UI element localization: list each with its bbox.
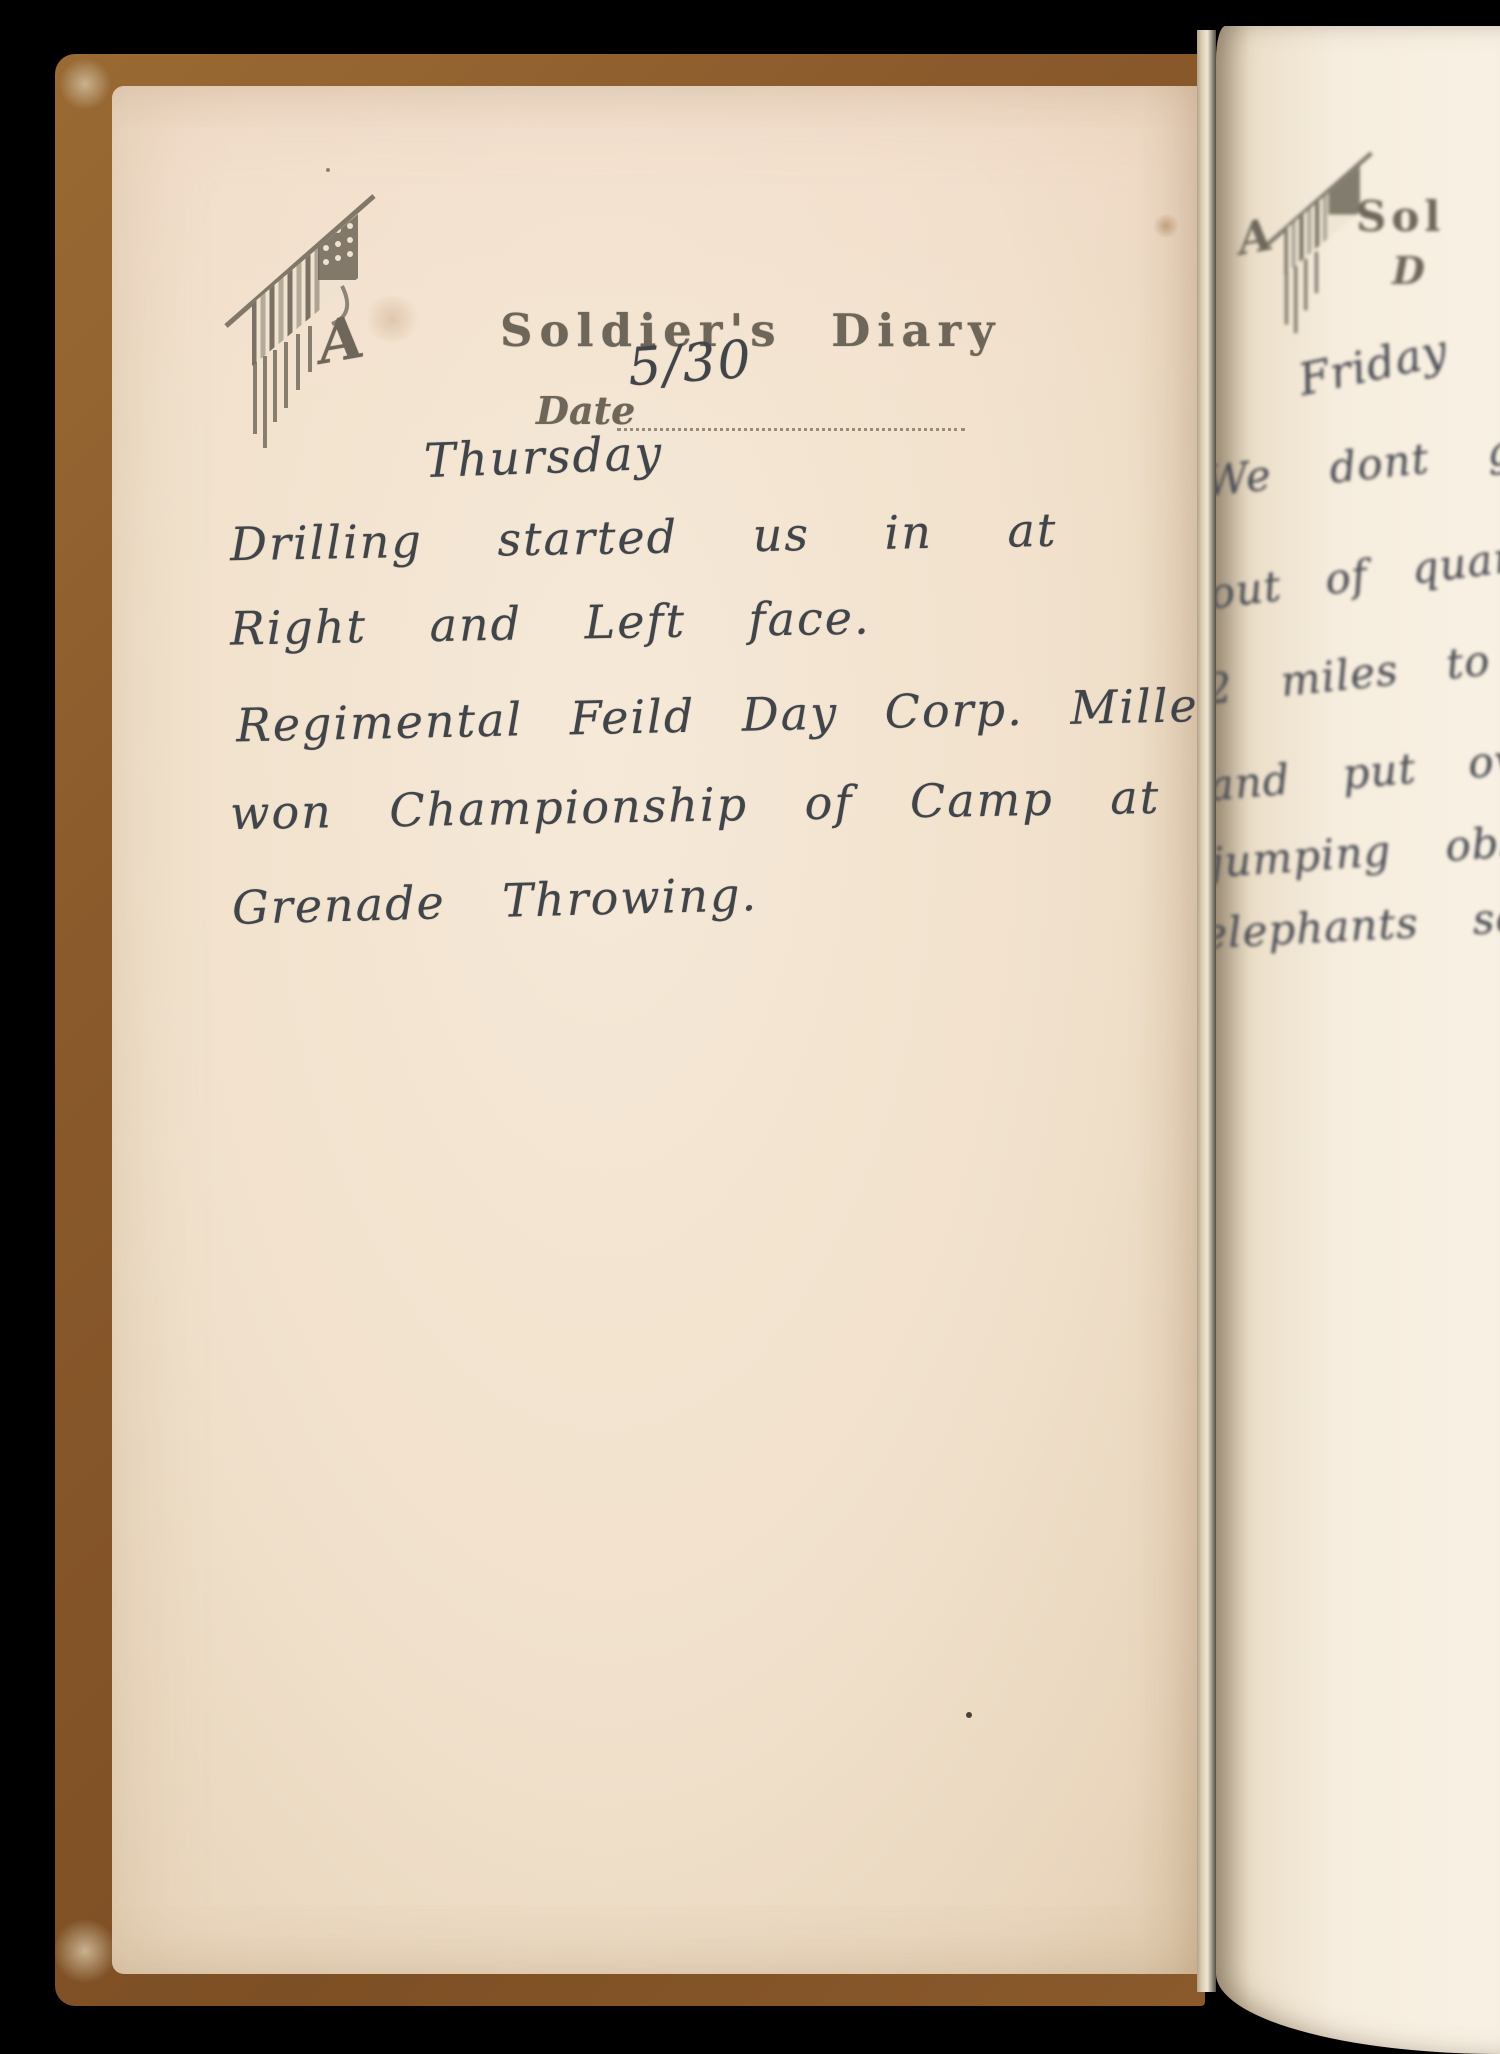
- handwriting-line: 2 miles to the: [1216, 627, 1500, 711]
- american-flag-icon: [1260, 146, 1380, 346]
- left-page: A: [112, 86, 1205, 1974]
- paper-speck: [966, 1712, 972, 1718]
- date-underline: [617, 394, 965, 431]
- diary-photo: A: [0, 0, 1500, 2054]
- paper-stain: [1152, 214, 1180, 238]
- cover-wear-bottom-left: [55, 1916, 115, 1986]
- american-flag-icon: [222, 186, 382, 466]
- handwriting-line: elephants scal: [1216, 895, 1500, 956]
- handwriting-line: and put over: [1216, 734, 1500, 807]
- right-header-subtitle-fragment: D: [1392, 248, 1425, 293]
- cover-wear-top-left: [59, 58, 111, 110]
- handwriting-line: Grenade Throwing.: [231, 871, 758, 931]
- left-page-edge: [1197, 30, 1216, 1992]
- handwriting-line: We dont get d: [1216, 415, 1500, 503]
- handwriting-line: Right and Left face.: [230, 594, 871, 651]
- handwriting-line: Drilling started us in at: [230, 507, 1058, 567]
- handwriting-line: jumping obsta: [1216, 818, 1500, 885]
- entry-day: Thursday: [423, 430, 664, 485]
- handwriting-line: out of quarantin: [1216, 522, 1500, 615]
- handwriting-line: Regimental Feild Day Corp. Miller: [236, 682, 1224, 749]
- right-header-title-fragment: Sol: [1356, 192, 1445, 241]
- paper-speck: [326, 168, 330, 172]
- date-value: 5/30: [626, 334, 754, 395]
- paper-stain: [362, 296, 422, 342]
- handwriting-line: won Championship of Camp at: [230, 774, 1161, 836]
- right-page: A: [1216, 26, 1500, 2054]
- right-page-content: A: [1216, 26, 1500, 2054]
